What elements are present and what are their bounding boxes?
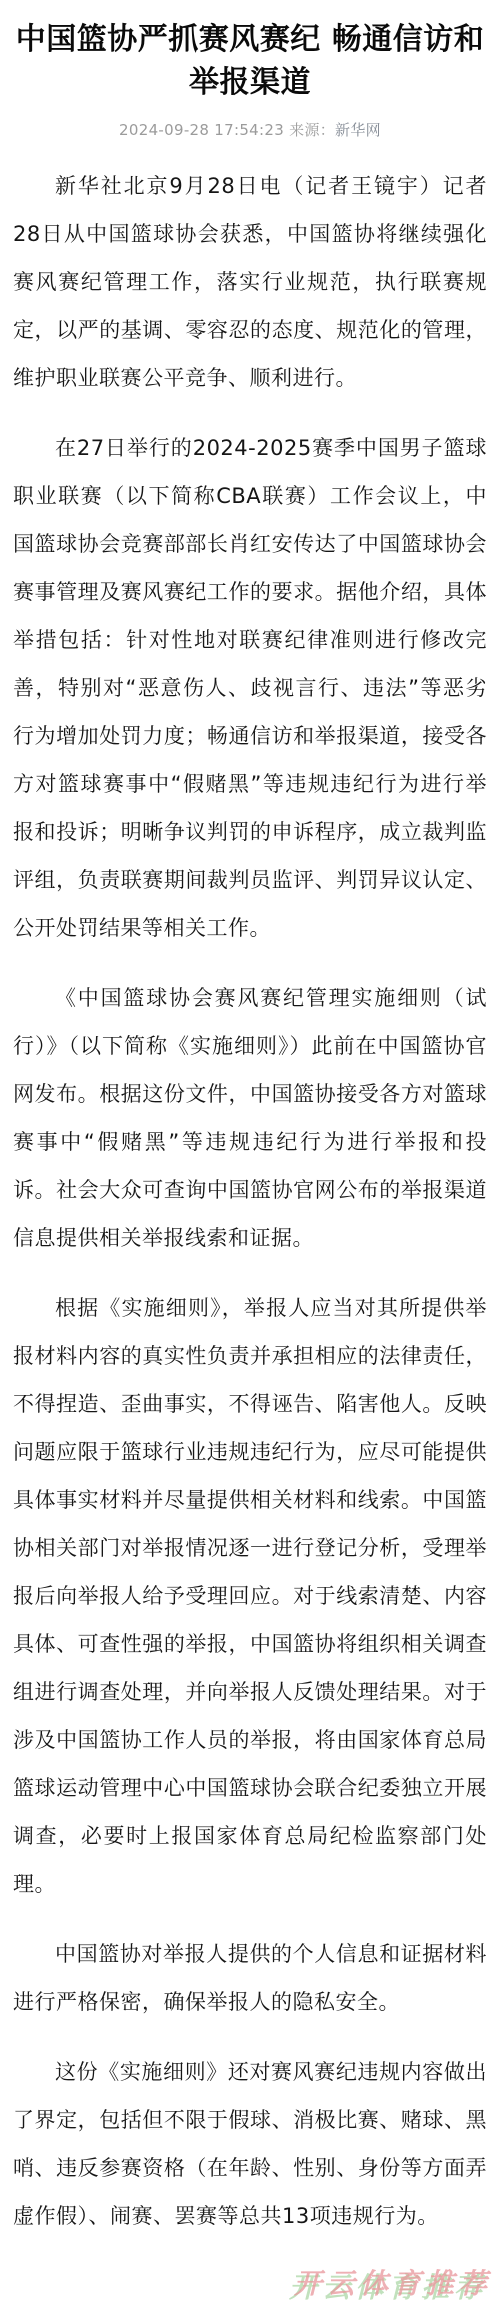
source-link[interactable]: 新华网 bbox=[335, 121, 381, 139]
article-page: { "page": { "title": "中国篮协严抓赛风赛纪 畅通信访和举报… bbox=[0, 0, 500, 2306]
sports-site-watermark: 开云体育推荐 bbox=[294, 2262, 492, 2302]
article-title: 中国篮协严抓赛风赛纪 畅通信访和举报渠道 bbox=[14, 18, 486, 104]
article-body: 新华社北京9月28日电（记者王镜宇）记者28日从中国篮球协会获悉，中国篮协将继续… bbox=[0, 162, 500, 2240]
publish-timestamp: 2024-09-28 17:54:23 bbox=[119, 121, 284, 139]
article-paragraph: 中国篮协对举报人提供的个人信息和证据材料进行严格保密，确保举报人的隐私安全。 bbox=[13, 1930, 487, 2026]
article-meta: 2024-09-28 17:54:23 来源：新华网 bbox=[0, 119, 500, 140]
news-article: 中国篮协严抓赛风赛纪 畅通信访和举报渠道 2024-09-28 17:54:23… bbox=[0, 0, 500, 2240]
article-paragraph: 这份《实施细则》还对赛风赛纪违规内容做出了界定，包括但不限于假球、消极比赛、赌球… bbox=[13, 2048, 487, 2240]
source-label: 来源： bbox=[289, 121, 335, 139]
article-paragraph: 新华社北京9月28日电（记者王镜宇）记者28日从中国篮球协会获悉，中国篮协将继续… bbox=[13, 162, 487, 402]
article-paragraph: 根据《实施细则》，举报人应当对其所提供举报材料内容的真实性负责并承担相应的法律责… bbox=[13, 1284, 487, 1908]
article-paragraph: 《中国篮球协会赛风赛纪管理实施细则（试行）》（以下简称《实施细则》）此前在中国篮… bbox=[13, 974, 487, 1262]
article-paragraph: 在27日举行的2024-2025赛季中国男子篮球职业联赛（以下简称CBA联赛）工… bbox=[13, 424, 487, 952]
